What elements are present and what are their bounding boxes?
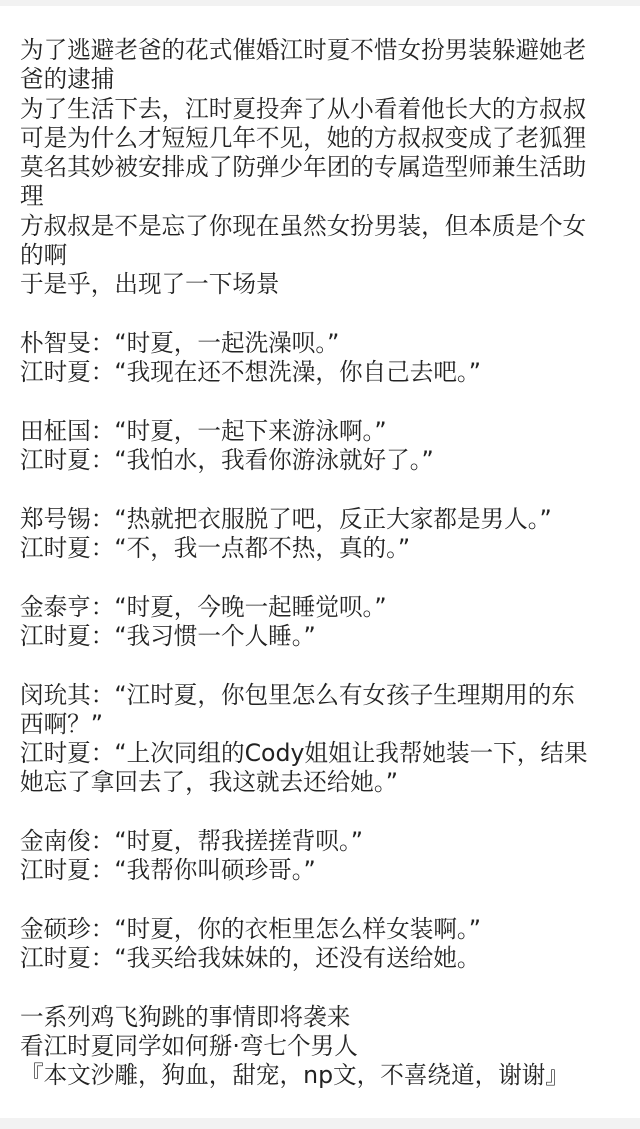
paragraph-spacer bbox=[20, 563, 620, 592]
dialogue-line: 田柾国：“时夏，一起下来游泳啊。” bbox=[20, 417, 620, 446]
dialogue-line: 闵玧其：“江时夏，你包里怎么有女孩子生理期用的东 bbox=[20, 681, 620, 710]
dialogue-line: 江时夏：“我习惯一个人睡。” bbox=[20, 622, 620, 651]
text-line: 方叔叔是不是忘了你现在虽然女扮男装，但本质是个女 bbox=[20, 212, 620, 241]
tags-line: 『本文沙雕，狗血，甜宠，np文，不喜绕道，谢谢』 bbox=[20, 1061, 620, 1090]
dialogue-jungkook: 田柾国：“时夏，一起下来游泳啊。” 江时夏：“我怕水，我看你游泳就好了。” bbox=[20, 417, 620, 476]
dialogue-line: 朴智旻：“时夏，一起洗澡呗。” bbox=[20, 329, 620, 358]
text-line: 理 bbox=[20, 182, 620, 211]
text-line: 莫名其妙被安排成了防弹少年团的专属造型师兼生活助 bbox=[20, 153, 620, 182]
paragraph-spacer bbox=[20, 388, 620, 417]
text-line: 看江时夏同学如何掰·弯七个男人 bbox=[20, 1032, 620, 1061]
article-body: 为了逃避老爸的花式催婚江时夏不惜女扮男装躲避她老 爸的逮捕 为了生活下去，江时夏… bbox=[20, 36, 620, 1091]
dialogue-taehyung: 金泰亨：“时夏，今晚一起睡觉呗。” 江时夏：“我习惯一个人睡。” bbox=[20, 593, 620, 652]
bottom-divider-band bbox=[0, 1118, 640, 1129]
text-line: 为了逃避老爸的花式催婚江时夏不惜女扮男装躲避她老 bbox=[20, 36, 620, 65]
paragraph-spacer bbox=[20, 475, 620, 504]
dialogue-line: 金南俊：“时夏，帮我搓搓背呗。” bbox=[20, 827, 620, 856]
paragraph-spacer bbox=[20, 974, 620, 1003]
top-divider-band bbox=[0, 0, 640, 6]
dialogue-yoongi: 闵玧其：“江时夏，你包里怎么有女孩子生理期用的东 西啊？” 江时夏：“上次同组的… bbox=[20, 681, 620, 798]
dialogue-line: 西啊？” bbox=[20, 710, 620, 739]
text-line: 为了生活下去，江时夏投奔了从小看着他长大的方叔叔 bbox=[20, 95, 620, 124]
dialogue-line: 金泰亨：“时夏，今晚一起睡觉呗。” bbox=[20, 593, 620, 622]
text-line: 于是乎，出现了一下场景 bbox=[20, 270, 620, 299]
dialogue-line: 郑号锡：“热就把衣服脱了吧，反正大家都是男人。” bbox=[20, 505, 620, 534]
dialogue-line: 她忘了拿回去了，我这就去还给她。” bbox=[20, 768, 620, 797]
paragraph-spacer bbox=[20, 798, 620, 827]
outro-paragraph: 一系列鸡飞狗跳的事情即将袭来 看江时夏同学如何掰·弯七个男人 『本文沙雕，狗血，… bbox=[20, 1003, 620, 1091]
dialogue-line: 江时夏：“我买给我妹妹的，还没有送给她。 bbox=[20, 944, 620, 973]
dialogue-line: 江时夏：“我现在还不想洗澡，你自己去吧。” bbox=[20, 358, 620, 387]
paragraph-spacer bbox=[20, 886, 620, 915]
text-line: 一系列鸡飞狗跳的事情即将袭来 bbox=[20, 1003, 620, 1032]
dialogue-jhope: 郑号锡：“热就把衣服脱了吧，反正大家都是男人。” 江时夏：“不，我一点都不热，真… bbox=[20, 505, 620, 564]
dialogue-line: 江时夏：“上次同组的Cody姐姐让我帮她装一下，结果 bbox=[20, 739, 620, 768]
dialogue-line: 江时夏：“我怕水，我看你游泳就好了。” bbox=[20, 446, 620, 475]
intro-paragraph: 为了逃避老爸的花式催婚江时夏不惜女扮男装躲避她老 爸的逮捕 为了生活下去，江时夏… bbox=[20, 36, 620, 300]
paragraph-spacer bbox=[20, 651, 620, 680]
dialogue-namjoon: 金南俊：“时夏，帮我搓搓背呗。” 江时夏：“我帮你叫硕珍哥。” bbox=[20, 827, 620, 886]
dialogue-line: 金硕珍：“时夏，你的衣柜里怎么样女装啊。” bbox=[20, 915, 620, 944]
text-line: 的啊 bbox=[20, 241, 620, 270]
dialogue-line: 江时夏：“我帮你叫硕珍哥。” bbox=[20, 856, 620, 885]
text-line: 可是为什么才短短几年不见，她的方叔叔变成了老狐狸 bbox=[20, 124, 620, 153]
dialogue-jimin: 朴智旻：“时夏，一起洗澡呗。” 江时夏：“我现在还不想洗澡，你自己去吧。” bbox=[20, 329, 620, 388]
dialogue-line: 江时夏：“不，我一点都不热，真的。” bbox=[20, 534, 620, 563]
dialogue-seokjin: 金硕珍：“时夏，你的衣柜里怎么样女装啊。” 江时夏：“我买给我妹妹的，还没有送给… bbox=[20, 915, 620, 974]
text-line: 爸的逮捕 bbox=[20, 65, 620, 94]
paragraph-spacer bbox=[20, 300, 620, 329]
